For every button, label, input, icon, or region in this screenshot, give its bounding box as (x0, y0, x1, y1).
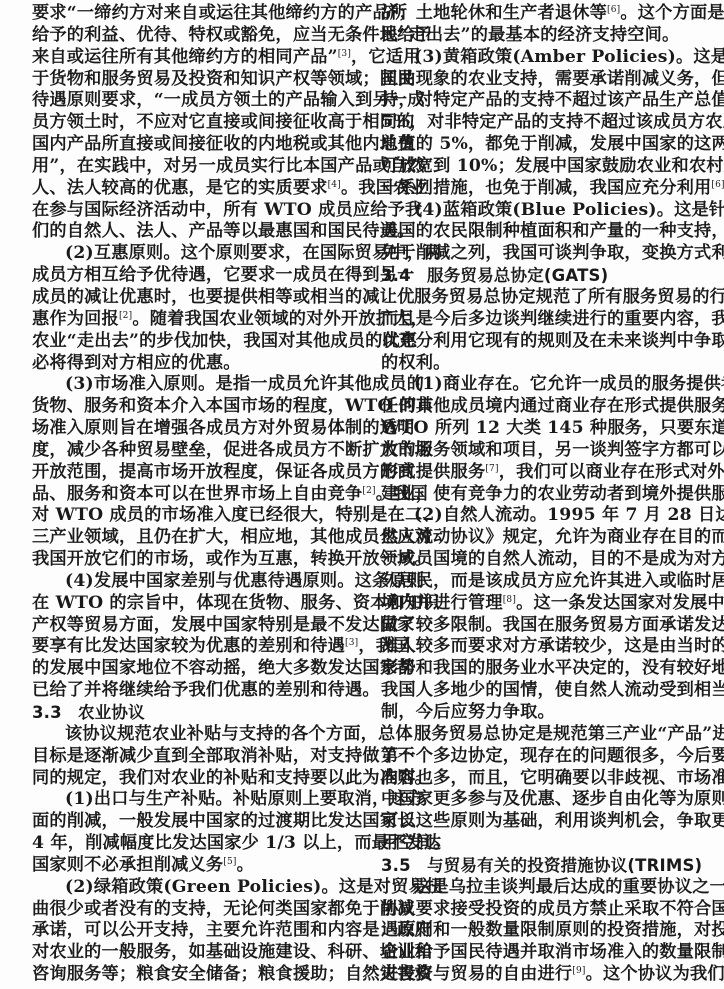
section-number: 3.4 (381, 265, 427, 287)
citation-ref: [9] (572, 966, 585, 976)
left-column: 要求“一缔约方对来自或运往其他缔约方的产品所给予的利益、优待、特权或豁免，应当无… (32, 3, 348, 986)
text-line: 进投资与贸易的自由进行[9]。这个协议为我们实施 (381, 964, 697, 986)
text-line: 目标是逐渐减少直到全部取消补贴，对支持做了不 (32, 746, 348, 768)
section-title: 农业协议 (78, 703, 145, 722)
text-line: 而且是今后多边谈判继续进行的重要内容，我们可 (381, 309, 697, 331)
citation-ref: [6] (607, 5, 620, 15)
text-line: 第一个多边协定，现存在的问题很多，今后要谈判的 (381, 746, 697, 768)
section-heading: 3.5与贸易有关的投资措施协议(TRIMS) (381, 855, 697, 877)
citation-ref: [8] (503, 595, 516, 605)
text-line: 可以这些原则为基础，利用谈判机会，争取更大的利 (381, 811, 697, 833)
text-line: 总值的 5%，都免于削减，发展中国家的这两个比例 (381, 134, 697, 156)
text-line: (4)蓝箱政策(Blue Policies)。这是针对欧盟和 (381, 200, 697, 222)
text-line: 面的削减，一般发展中国家的过渡期比发达国家长 (32, 811, 348, 833)
text-line: 然人流动协议》规定，允许为商业存在目的而进入另 (381, 527, 697, 549)
text-line: 员方领土时，不应对它直接或间接征收高于相同的 (32, 112, 348, 134)
text-line: 曲很少或者没有的支持，无论何类国家都免于削减 (32, 899, 348, 921)
citation-ref: [4] (328, 180, 341, 190)
text-line: 品、服务和资本可以在世界市场上自由竞争[2]。我国 (32, 484, 348, 506)
text-line: 形式提供服务[7]，我们可以商业存在形式对外投资 (381, 462, 697, 484)
section-number: 3.3 (32, 702, 78, 724)
text-line: 制，今后应努力争取。 (381, 702, 697, 724)
citation-ref: [7] (485, 464, 498, 474)
text-line: 以充分利用它现有的规则及在未来谈判中争取更多 (381, 331, 697, 353)
section-title: 与贸易有关的投资措施协议(TRIMS) (427, 856, 702, 875)
text-line: (1)出口与生产补贴。补贴原则上要取消，这方 (32, 789, 348, 811)
section-heading: 3.3农业协议 (32, 702, 348, 724)
citation-ref: [3] (338, 49, 351, 59)
text-line: 久居民，而是该成员方应允许其进入或临时居留其 (381, 571, 697, 593)
text-line: 该协议规范农业补贴与支持的各个方面，总体 (32, 724, 348, 746)
text-line: 国内产品所直接或间接征收的内地税或其他内地费 (32, 134, 348, 156)
text-line: 放的服务领域和项目，另一谈判签字方都可以这种 (381, 440, 697, 462)
text-line: 建业，使有竞争力的农业劳动者到境外提供服务。 (381, 484, 697, 506)
text-line: 的权利。 (381, 353, 697, 375)
text-line: 开放范围，提高市场开放程度，保证各成员方的商 (32, 462, 348, 484)
text-line: 民“走出去”的最基本的经济支持空间。 (381, 25, 697, 47)
text-line: 成员的减让优惠时，也要提供相等或相当的减让优 (32, 287, 348, 309)
section-title: 服务贸易总协定(GATS) (427, 266, 608, 285)
text-line: 货物、服务和资本介入本国市场的程度，WTO 的市 (32, 396, 348, 418)
text-line: (3)市场准入原则。是指一成员允许其他成员的 (32, 374, 348, 396)
text-line: 用”，在实践中，对另一成员实行比本国产品或自然 (32, 156, 348, 178)
text-line: 同的规定，我们对农业的补贴和支持要以此为准则。 (32, 768, 348, 790)
text-line: 咨询服务等；粮食安全储备；粮食援助；自然灾害救 (32, 964, 348, 986)
text-line: 待遇原则要求，“一成员方领土的产品输入到另一成 (32, 90, 348, 112)
text-line: 三产业领域，且仍在扩大，相应地，其他成员也应对 (32, 527, 348, 549)
text-line: (1)商业存在。它允许一成员的服务提供者可在 (381, 374, 697, 396)
text-line: 要享有比发达国家较为优惠的差别和待遇[3]，我国 (32, 636, 348, 658)
text-line: 农业“走出去”的步伐加快，我国对其他成员的优惠 (32, 331, 348, 353)
text-line: 济；土地轮休和生产者退休等[6]。这个方面是我国农 (381, 3, 697, 25)
text-line: 们的自然人、法人、产品等以最惠国和国民待遇。 (32, 221, 348, 243)
text-line: 服务贸易总协定是规范第三产业“产品”进口的 (381, 724, 697, 746)
text-line: 形势和我国的服务业水平决定的，没有较好地体现 (381, 658, 697, 680)
text-line: 遇原则和一般数量限制原则的投资措施，对投资国 (381, 920, 697, 942)
text-line: 惠作为回报[2]。随着我国农业领域的对外开放扩大， (32, 309, 348, 331)
text-line: 企业给予国民待遇并取消市场准入的数量限制，促 (381, 942, 697, 964)
text-line: 已给了并将继续给予我们优惠的差别和待遇。 (32, 680, 348, 702)
section-heading: 3.4服务贸易总协定(GATS) (381, 265, 697, 287)
text-line: 境内并进行管理[8]。这一条发达国家对发展中国家 (381, 593, 697, 615)
citation-ref: [6] (711, 180, 724, 190)
text-line: (3)黄箱政策(Amber Policies)。这是对贸易有 (381, 47, 697, 69)
text-line: 在 WTO 的宗旨中，体现在货物、服务、资本和知识 (32, 593, 348, 615)
citation-ref: [2] (362, 486, 375, 496)
text-line: 度，减少各种贸易壁垒，促进各成员方不断扩大市场 (32, 440, 348, 462)
text-line: 来自或运往所有其他缔约方的相同产品”[3]，它适用 (32, 47, 348, 69)
text-line: 美国的农民限制种植面积和产量的一种支持，也在 (381, 221, 697, 243)
text-line: 中国家更多参与及优惠、逐步自由化等为原则，我国 (381, 789, 697, 811)
text-line: (2)绿箱政策(Green Policies)。这是对贸易扭 (32, 877, 348, 899)
text-line: 服务贸易总协定规范了所有服务贸易的行为， (381, 287, 697, 309)
text-line: 国家则不必承担削减义务[5]。 (32, 855, 348, 877)
text-line: (2)互惠原则。这个原则要求，在国际贸易中，两 (32, 243, 348, 265)
text-line: (4)发展中国家差别与优惠待遇原则。这条原则 (32, 571, 348, 593)
text-line: 承诺，可以公开支持，主要允许范围和内容是：政府 (32, 920, 348, 942)
text-line: 免于削减之列，我国可谈判争取，变换方式利用[6]。 (381, 243, 697, 265)
text-line: 一系列措施，也免于削减，我国应充分利用[6]。 (381, 178, 697, 200)
text-line: 的发展中国家地位不容动摇，绝大多数发达国家都 (32, 658, 348, 680)
text-line: 人、法人较高的优惠，是它的实质要求[4]。我国农业 (32, 178, 348, 200)
text-line: 这是乌拉圭谈判最后达成的重要协议之一，该 (381, 877, 697, 899)
text-line: 做了较多限制。我国在服务贸易方面承诺发达国家 (381, 615, 697, 637)
text-line: 成员方相互给予优待遇，它要求一成员在得到另一 (32, 265, 348, 287)
text-line: 要求“一缔约方对来自或运往其他缔约方的产品所 (32, 3, 348, 25)
text-line: 给予的利益、优待、特权或豁免，应当无条件地给予 (32, 25, 348, 47)
text-line: 持，对特定产品的支持不超过该产品生产总值的 (381, 90, 697, 112)
text-line: 用空间。 (381, 833, 697, 855)
text-line: 于货物和服务贸易及投资和知识产权等领域；国民 (32, 69, 348, 91)
text-line: (2)自然人流动。1995 年 7 月 28 日达成的《自 (381, 505, 697, 527)
text-line: 对 WTO 成员的市场准入度已经很大，特别是在二、 (32, 505, 348, 527)
text-line: 产权等贸易方面，发展中国家特别是最不发达国家 (32, 615, 348, 637)
text-line: 场准入原则旨在增强各成员方对外贸易体制的透明 (32, 418, 348, 440)
citation-ref: [2] (119, 311, 132, 321)
text-line: 4 年，削减幅度比发达国家少 1/3 以上，而最不发达 (32, 833, 348, 855)
section-number: 3.5 (381, 855, 427, 877)
text-line: 必将得到对方相应的优惠。 (32, 353, 348, 375)
text-line: 内容也多，而且，它明确要以非歧视、市场准入、发展 (381, 768, 697, 790)
text-line: 在参与国际经济活动中，所有 WTO 成员应给予我 (32, 200, 348, 222)
text-line: 扭曲现象的农业支持，需要承诺削减义务，但微量支 (381, 69, 697, 91)
text-line: 准入较多而要求对方承诺较少，这是由当时的谈判 (381, 636, 697, 658)
citation-ref: [5] (223, 857, 236, 867)
document-page: 要求“一缔约方对来自或运往其他缔约方的产品所给予的利益、优待、特权或豁免，应当无… (0, 0, 724, 989)
text-line: WTO 所列 12 大类 145 种服务，只要东道国承诺开 (381, 418, 697, 440)
text-line: 可放宽到 10%；发展中国家鼓励农业和农村发展的 (381, 156, 697, 178)
text-line: 对农业的一般服务，如基础设施建设、科研、培训和 (32, 942, 348, 964)
text-line: 任何其他成员境内通过商业存在形式提供服务， (381, 396, 697, 418)
right-column: 济；土地轮休和生产者退休等[6]。这个方面是我国农民“走出去”的最基本的经济支持… (381, 3, 697, 986)
text-line: 一成员国境的自然人流动，目的不是成为对方的永 (381, 549, 697, 571)
text-line: 我国人多地少的国情，使自然人流动受到相当的限 (381, 680, 697, 702)
text-line: 5%，对非特定产品的支持不超过该成员方农业生产 (381, 112, 697, 134)
text-line: 协议要求接受投资的成员方禁止采取不符合国民待 (381, 899, 697, 921)
text-line: 我国开放它们的市场，或作为互惠，转换开放领域。 (32, 549, 348, 571)
citation-ref: [3] (345, 638, 358, 648)
